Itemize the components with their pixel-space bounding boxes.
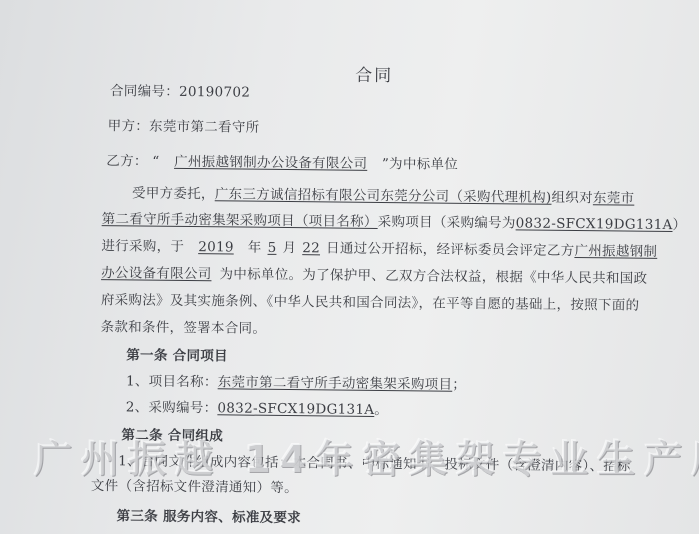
document-title: 合同 — [355, 61, 393, 86]
text: ） — [672, 217, 686, 233]
party-b-label: 乙方： — [106, 153, 148, 169]
project-name-value: 东莞市第二看守所手动密集架采购项目 — [218, 374, 453, 392]
contract-number: 合同编号：20190702 — [110, 79, 250, 100]
para1-line4: 办公设备有限公司为中标单位。为了保护甲、乙双方合法权益，根据《中华人民共和国政 — [101, 261, 647, 287]
project-name-start: 东莞市 — [593, 190, 635, 206]
text: 。 — [374, 402, 388, 418]
winner-name-end: 办公设备有限公司 — [101, 265, 220, 282]
para1-line2: 第二看守所手动密集架采购项目（项目名称）采购项目（采购编号为0832-SFCX1… — [102, 207, 687, 233]
para1-line3: 进行采购，于2019年5月22日通过公开招标，经评标委员会评定乙方广州振越钢制 — [101, 234, 657, 260]
text: 年 — [248, 240, 262, 256]
contract-number-label: 合同编号： — [110, 83, 179, 100]
watermark-text: 广州振越 14年密集架专业生产厂家 — [34, 428, 699, 483]
open-quote: “ — [152, 154, 159, 170]
party-b-suffix: ”为中标单位 — [382, 156, 458, 173]
procurement-number: 0832-SFCX19DG131A — [516, 215, 673, 233]
party-a-label: 甲方： — [108, 118, 150, 134]
text: ； — [452, 377, 466, 393]
contract-number-value: 20190702 — [179, 84, 250, 101]
text: 采购项目（采购编号为 — [378, 214, 516, 231]
para1-line1: 受甲方委托，广东三方诚信招标有限公司东莞分公司（采购代理机构)组织对东莞市 — [132, 181, 635, 206]
agency-name: 广东三方诚信招标有限公司东莞分公司（采购代理机构) — [215, 186, 552, 206]
text: 受甲方委托， — [132, 185, 215, 202]
article1-item2: 2、采购编号：0832-SFCX19DG131A。 — [126, 395, 389, 418]
text: 进行采购，于 — [101, 238, 184, 255]
text: 为中标单位。为了保护甲、乙双方合法权益，根据《中华人民共和国政 — [219, 266, 647, 286]
article1-item1: 1、项目名称：东莞市第二看守所手动密集架采购项目； — [126, 369, 466, 393]
text: 月 — [282, 240, 296, 256]
date-day: 22 — [296, 240, 326, 256]
article3-heading: 第三条 服务内容、标准及要求 — [117, 504, 302, 526]
text: 日通过公开招标，经评标委员会评定乙方 — [326, 240, 575, 259]
project-name: 第二看守所手动密集架采购项目（项目名称） — [102, 211, 378, 230]
party-b: 乙方： “ 广州振越钢制办公设备有限公司 ”为中标单位 — [106, 149, 458, 173]
text: 组织对 — [551, 190, 593, 206]
procurement-number-value: 0832-SFCX19DG131A — [217, 400, 374, 418]
party-a-value: 东莞市第二看守所 — [149, 119, 260, 136]
para1-line5: 府采购法》及其实施条例、《中华人民共和国合同法》，在平等自愿的基础上，按照下面的 — [101, 288, 640, 314]
item-label: 2、采购编号： — [126, 399, 218, 416]
party-a: 甲方：东莞市第二看守所 — [108, 114, 260, 136]
para1-line6: 条款和条件，签署本合同。 — [100, 315, 266, 337]
item-label: 1、项目名称： — [126, 373, 218, 390]
winner-name-start: 广州振越钢制 — [574, 243, 657, 260]
date-year: 2019 — [184, 239, 248, 256]
article1-heading: 第一条 合同项目 — [126, 343, 228, 364]
party-b-value: 广州振越钢制办公设备有限公司 — [164, 154, 377, 172]
date-month: 5 — [262, 240, 283, 256]
